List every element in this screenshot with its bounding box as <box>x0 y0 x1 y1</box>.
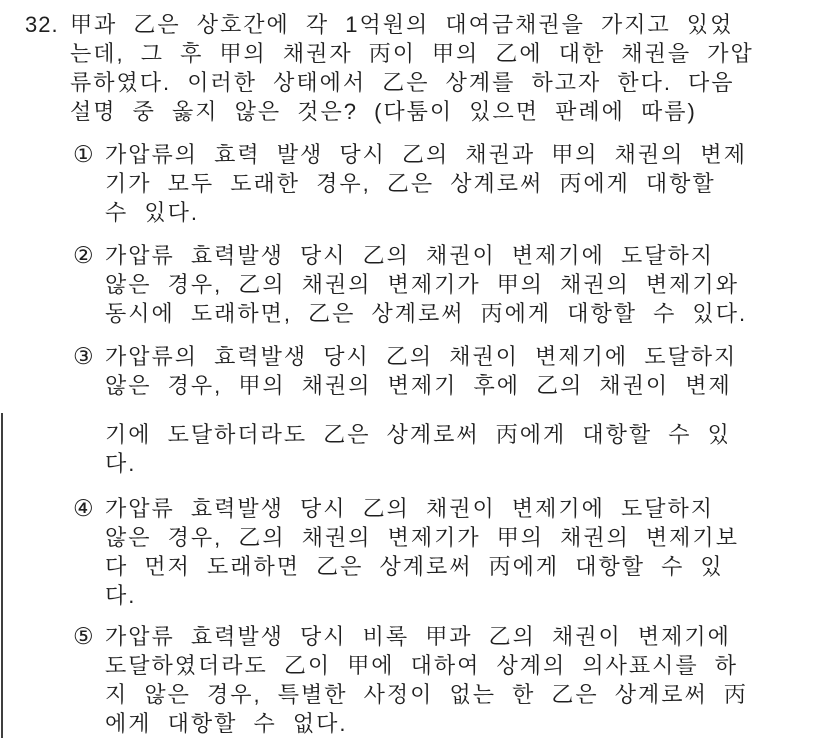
option-line: 지 않은 경우, 특별한 사정이 없는 한 乙은 상계로써 丙 <box>105 680 800 709</box>
question-line: 설명 중 옳지 않은 것은? (다툼이 있으면 판례에 따름) <box>70 97 800 126</box>
question-number: 32. <box>25 10 70 126</box>
option-5-text: 가압류 효력발생 당시 비록 甲과 乙의 채권이 변제기에 도달하였더라도 乙이… <box>105 622 800 738</box>
option-line: 다. <box>105 449 800 478</box>
question-line: 甲과 乙은 상호간에 각 1억원의 대여금채권을 가지고 있었 <box>70 10 800 39</box>
option-line: 가압류 효력발생 당시 乙의 채권이 변제기에 도달하지 <box>105 241 800 270</box>
option-line: 가압류의 효력발생 당시 乙의 채권이 변제기에 도달하지 <box>105 342 800 371</box>
question-line: 는데, 그 후 甲의 채권자 丙이 甲의 乙에 대한 채권을 가압 <box>70 39 800 68</box>
option-line: 가압류 효력발생 당시 비록 甲과 乙의 채권이 변제기에 <box>105 622 800 651</box>
option-line: 않은 경우, 甲의 채권의 변제기 후에 乙의 채권이 변제 <box>105 371 800 400</box>
option-line: 않은 경우, 乙의 채권의 변제기가 甲의 채권의 변제기보 <box>105 523 800 552</box>
option-3: ③ 가압류의 효력발생 당시 乙의 채권이 변제기에 도달하지 않은 경우, 甲… <box>73 342 800 478</box>
question-text: 甲과 乙은 상호간에 각 1억원의 대여금채권을 가지고 있었 는데, 그 후 … <box>70 10 800 126</box>
option-line: 기에 도달하더라도 乙은 상계로써 丙에게 대항할 수 있 <box>105 420 800 449</box>
column-break-gap <box>105 400 800 420</box>
option-4-marker: ④ <box>73 494 105 610</box>
option-line: 도달하였더라도 乙이 甲에 대하여 상계의 의사표시를 하 <box>105 651 800 680</box>
option-3-text: 가압류의 효력발생 당시 乙의 채권이 변제기에 도달하지 않은 경우, 甲의 … <box>105 342 800 478</box>
option-3-marker: ③ <box>73 342 105 478</box>
option-line: 수 있다. <box>105 198 800 227</box>
option-line: 않은 경우, 乙의 채권의 변제기가 甲의 채권의 변제기와 <box>105 270 800 299</box>
option-line: 다 먼저 도래하면 乙은 상계로써 丙에게 대항할 수 있 <box>105 552 800 581</box>
option-4-text: 가압류 효력발생 당시 乙의 채권이 변제기에 도달하지 않은 경우, 乙의 채… <box>105 494 800 610</box>
option-line: 가압류의 효력 발생 당시 乙의 채권과 甲의 채권의 변제 <box>105 140 800 169</box>
option-2: ② 가압류 효력발생 당시 乙의 채권이 변제기에 도달하지 않은 경우, 乙의… <box>73 241 800 328</box>
left-scan-rule <box>1 413 3 738</box>
option-1: ① 가압류의 효력 발생 당시 乙의 채권과 甲의 채권의 변제 기가 모두 도… <box>73 140 800 227</box>
question-block: 32. 甲과 乙은 상호간에 각 1억원의 대여금채권을 가지고 있었 는데, … <box>25 10 800 126</box>
option-2-marker: ② <box>73 241 105 328</box>
option-5: ⑤ 가압류 효력발생 당시 비록 甲과 乙의 채권이 변제기에 도달하였더라도 … <box>73 622 800 738</box>
option-1-marker: ① <box>73 140 105 227</box>
exam-page: 32. 甲과 乙은 상호간에 각 1억원의 대여금채권을 가지고 있었 는데, … <box>0 0 826 738</box>
option-line: 가압류 효력발생 당시 乙의 채권이 변제기에 도달하지 <box>105 494 800 523</box>
question-line: 류하였다. 이러한 상태에서 乙은 상계를 하고자 한다. 다음 <box>70 68 800 97</box>
option-line: 에게 대항할 수 없다. <box>105 709 800 738</box>
option-line: 기가 모두 도래한 경우, 乙은 상계로써 丙에게 대항할 <box>105 169 800 198</box>
option-5-marker: ⑤ <box>73 622 105 738</box>
option-4: ④ 가압류 효력발생 당시 乙의 채권이 변제기에 도달하지 않은 경우, 乙의… <box>73 494 800 610</box>
option-line: 동시에 도래하면, 乙은 상계로써 丙에게 대항할 수 있다. <box>105 299 800 328</box>
option-2-text: 가압류 효력발생 당시 乙의 채권이 변제기에 도달하지 않은 경우, 乙의 채… <box>105 241 800 328</box>
option-1-text: 가압류의 효력 발생 당시 乙의 채권과 甲의 채권의 변제 기가 모두 도래한… <box>105 140 800 227</box>
option-line: 다. <box>105 581 800 610</box>
